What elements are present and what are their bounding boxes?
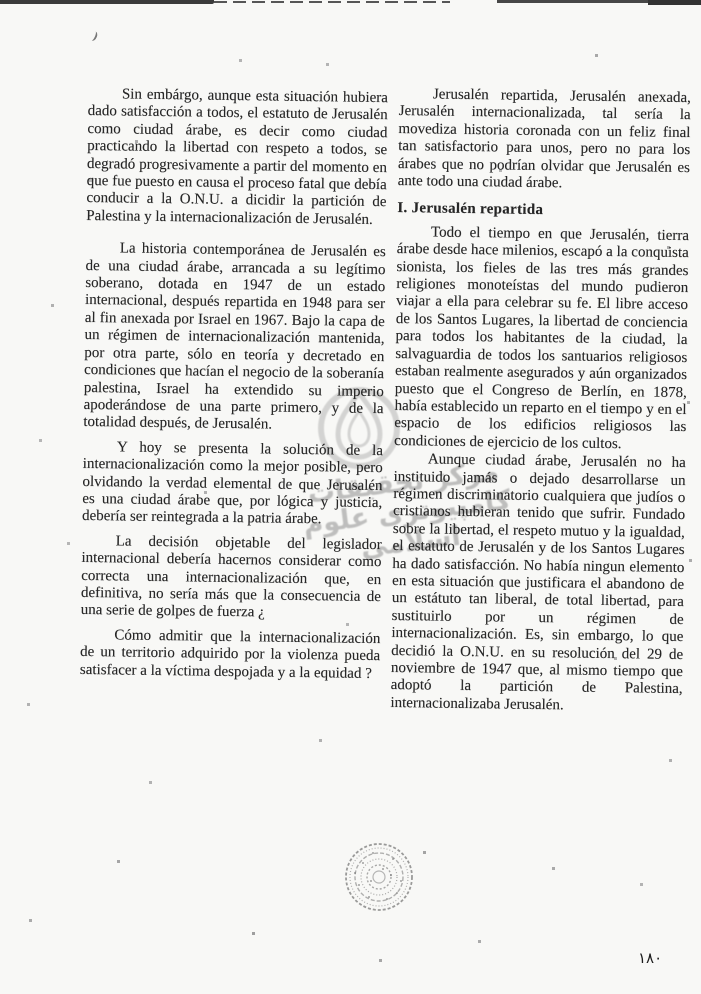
library-stamp-icon (343, 841, 415, 913)
paragraph: Cómo admitir que la internacionalización… (80, 627, 381, 683)
paragraph: Jerusalén repartida, Jerusalén anexada, … (398, 86, 691, 195)
section-heading: I. Jerusalén repartida (397, 200, 689, 221)
scan-border-artifact (214, 1, 450, 3)
scanned-document-page: مرکز تحقیقات کامپیوتری علوم اسلامی Sin e… (0, 0, 701, 994)
paragraph: Sin embárgo, aunque esta situación hubie… (86, 86, 388, 229)
ink-mark (88, 30, 98, 42)
page-number: ١٨٠ (638, 949, 662, 967)
paragraph: Aunque ciudad árabe, Jerusalén no ha ins… (390, 451, 686, 716)
left-column: Sin embárgo, aunque esta situación hubie… (80, 86, 388, 690)
scan-border-artifact (0, 0, 214, 4)
right-column: Jerusalén repartida, Jerusalén anexada, … (390, 86, 691, 717)
paragraph: Todo el tiempo en que Jerusalén, tierra … (394, 224, 689, 454)
paragraph: La historia contemporánea de Jerusalén e… (83, 240, 386, 436)
scan-noise (0, 0, 1, 1)
scan-border-artifact (648, 0, 701, 5)
paragraph: La decisión objetable del legislador int… (81, 533, 382, 624)
paragraph: Y hoy se presenta la solución de la inte… (82, 439, 383, 530)
